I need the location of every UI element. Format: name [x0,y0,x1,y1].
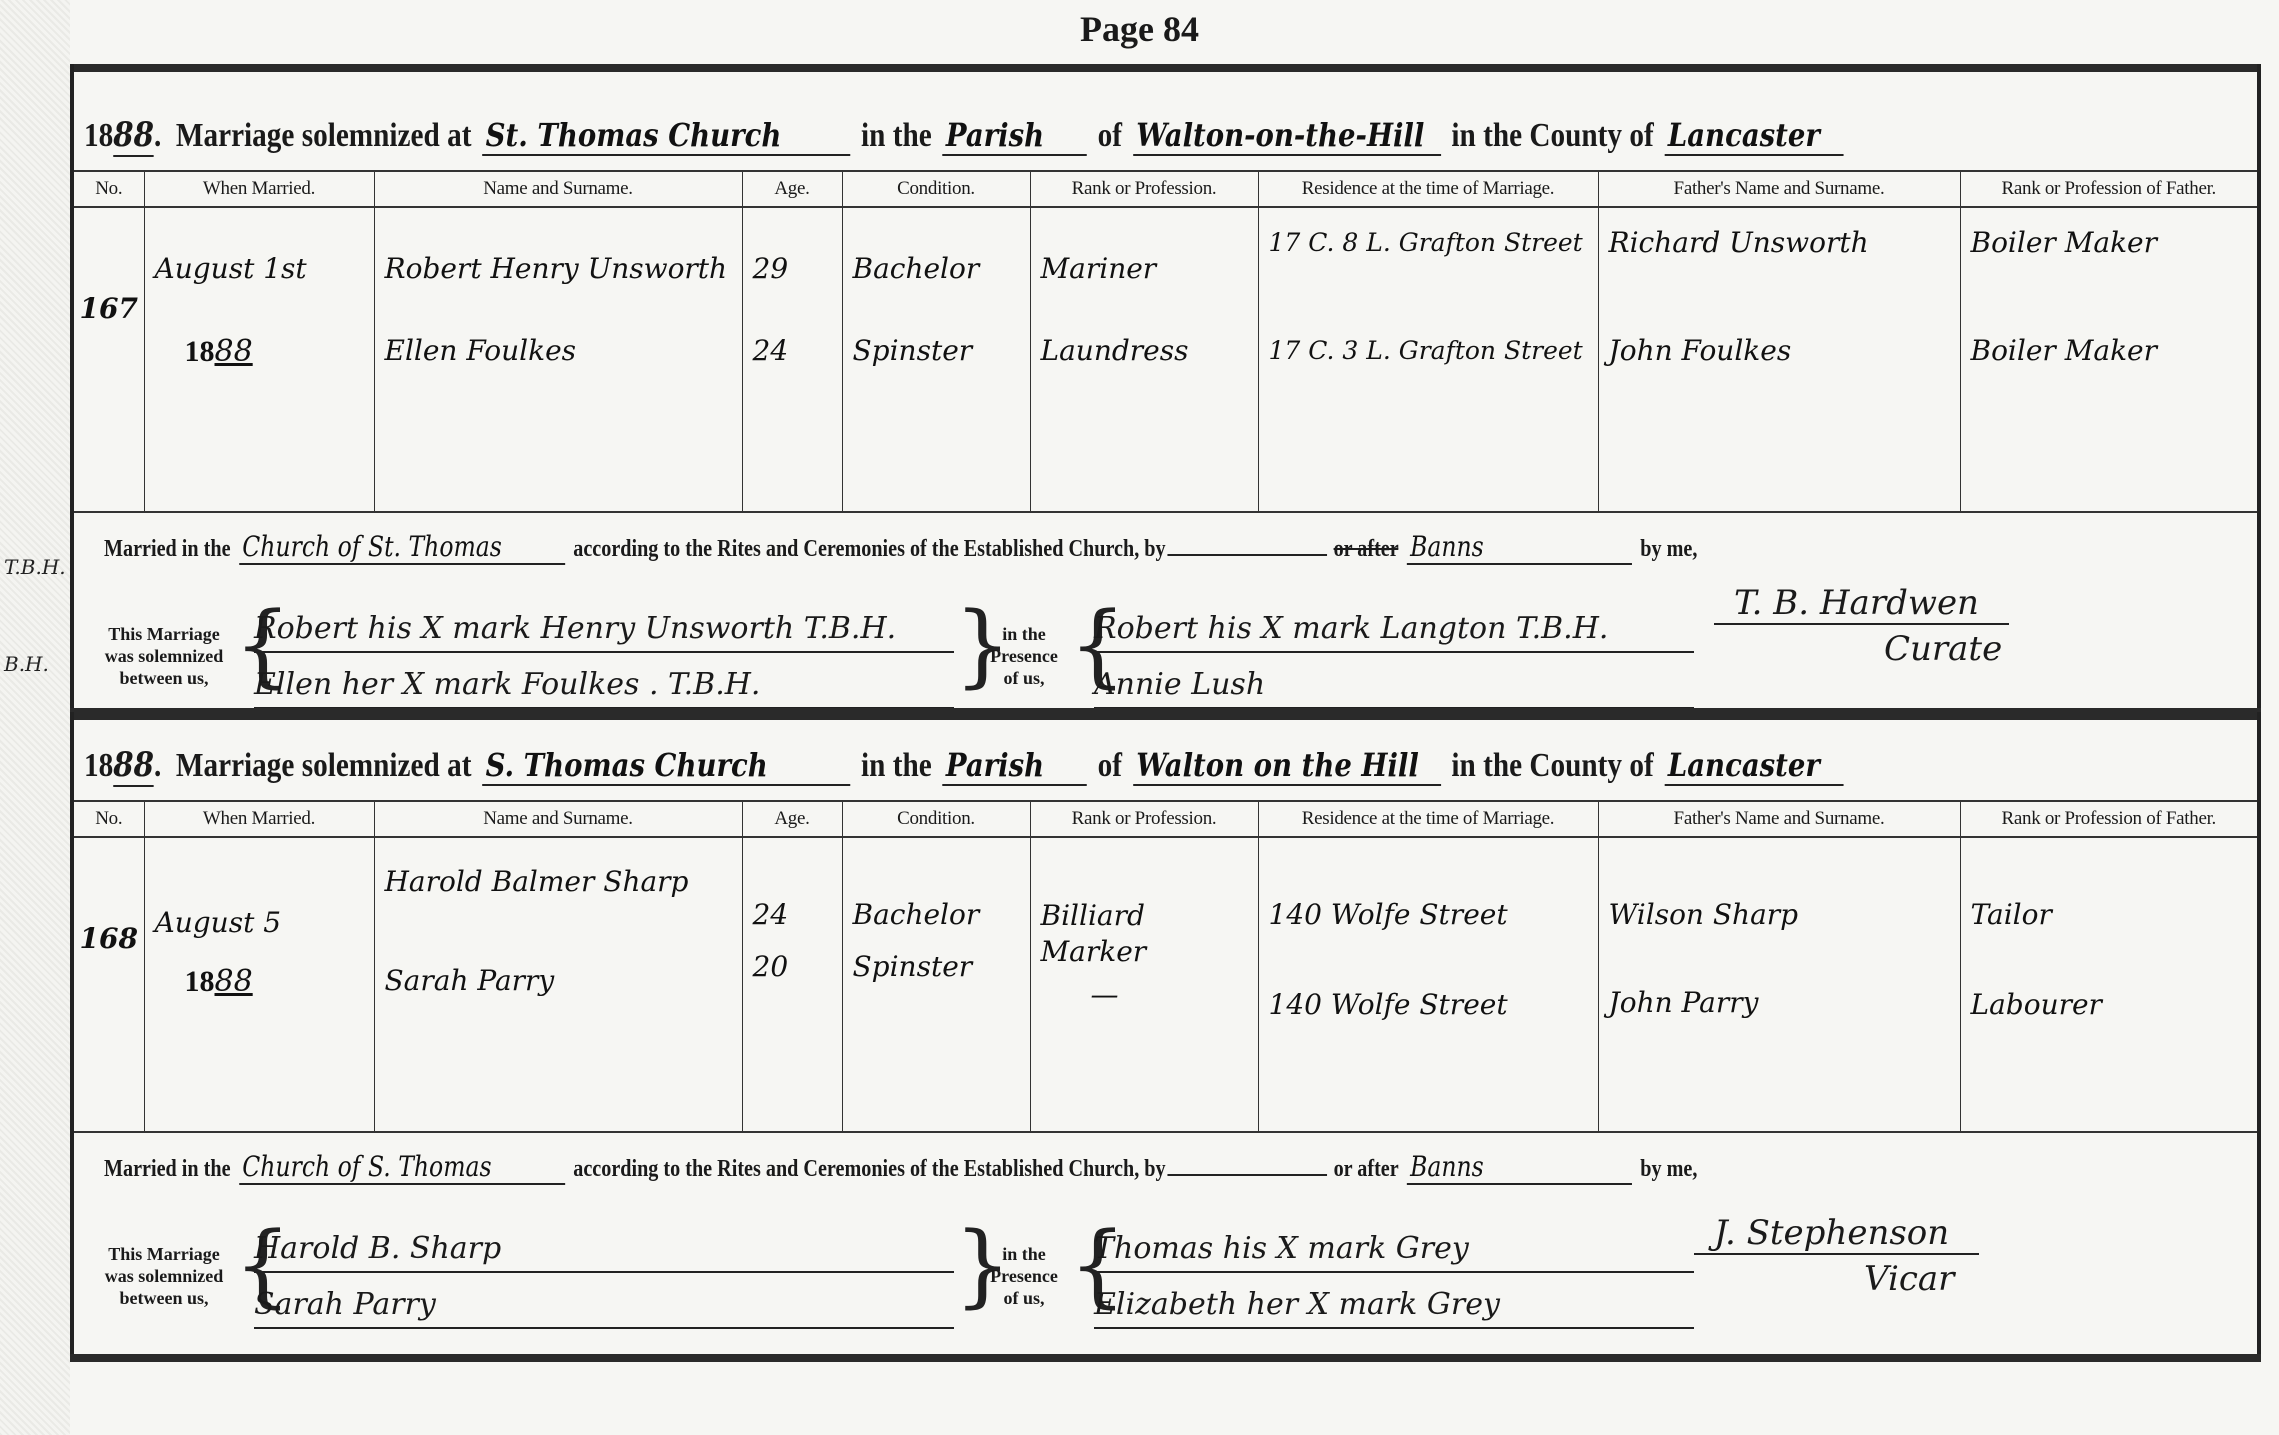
married-in-church: Church of St. Thomas [239,531,565,565]
married-in-church: Church of S. Thomas [239,1151,565,1185]
rites-line: Married in the Church of S. Thomas accor… [74,1131,2257,1203]
bride-age: 20 [753,950,836,983]
groom-profession: Billiard Marker [1041,898,1252,970]
col-residence: Residence at the time of Marriage. [1258,801,1598,837]
marriage-year: 1888 [185,334,368,369]
officiant-name: T. B. Hardwen [1714,583,2009,625]
groom-signature: Robert his X mark Henry Unsworth T.B.H. [254,611,954,653]
bride-name: Ellen Foulkes [385,334,736,367]
groom-condition: Bachelor [853,252,1024,285]
district-name: Walton-on-the-Hill [1133,117,1441,156]
bride-profession: — [1091,978,1252,1011]
table-row: 167 August 1st 1888 Robert Henry Unswort… [74,207,2257,511]
father-profession-cell: Tailor Labourer [1960,837,2257,1131]
officiant-name: J. Stephenson [1694,1213,1979,1255]
col-father-profession: Rank or Profession of Father. [1960,801,2257,837]
county-name: Lancaster [1664,117,1843,156]
col-father-profession: Rank or Profession of Father. [1960,171,2257,207]
bride-age: 24 [753,334,836,367]
label-solemnized-at: Marriage solemnized at [176,747,472,784]
bride-residence: 140 Wolfe Street [1269,988,1592,1021]
this-marriage-label: This Marriagewas solemnizedbetween us, [94,1243,234,1309]
groom-residence: 17 C. 8 L. Grafton Street [1269,228,1592,257]
signature-area: This Marriagewas solemnizedbetween us, {… [74,1203,2257,1353]
officiant-signature: J. Stephenson Vicar [1694,1213,1979,1299]
groom-father-profession: Tailor [1971,898,2252,931]
col-age: Age. [742,801,842,837]
page-title: Page 84 [0,8,2279,50]
district-name: Walton on the Hill [1133,747,1441,786]
year-suffix: 88 [113,745,154,787]
label-county-of: in the County of [1451,747,1653,784]
witness-1-signature: Thomas his X mark Grey [1094,1231,1694,1273]
district-type: Parish [942,747,1086,786]
label-county-of: in the County of [1451,117,1653,154]
bride-father-profession: Labourer [1971,988,2252,1021]
year-prefix: 18 [84,117,113,154]
col-condition: Condition. [842,801,1030,837]
banns-value: Banns [1407,531,1632,565]
groom-signature: Harold B. Sharp [254,1231,954,1273]
rites-line: Married in the Church of St. Thomas acco… [74,511,2257,583]
entry-border [70,1354,2261,1362]
heading-printed: 1888. Marriage solemnized at S. Thomas C… [84,745,1847,786]
bride-father: John Parry [1609,986,1954,1019]
col-no: No. [74,171,144,207]
profession-cell: Billiard Marker — [1030,837,1258,1131]
heading-printed: 1888. Marriage solemnized at St. Thomas … [84,115,1847,156]
licence-blank [1167,536,1327,556]
label-of: of [1098,117,1122,154]
entry-number: 168 [74,837,144,1131]
bride-residence: 17 C. 3 L. Grafton Street [1269,336,1592,365]
scan-margin-texture [0,0,70,1435]
col-name: Name and Surname. [374,801,742,837]
col-condition: Condition. [842,171,1030,207]
father-profession-cell: Boiler Maker Boiler Maker [1960,207,2257,511]
register-entry-168: 1888. Marriage solemnized at S. Thomas C… [70,712,2261,1362]
groom-profession: Mariner [1041,252,1252,285]
label-by-me: by me, [1640,1156,1697,1182]
groom-condition: Bachelor [853,898,1024,931]
label-or-after: or after [1334,1156,1399,1182]
col-name: Name and Surname. [374,171,742,207]
label-solemnized-at: Marriage solemnized at [176,117,472,154]
church-name: St. Thomas Church [482,117,850,156]
witness-2-signature: Annie Lush [1094,667,1694,709]
district-type: Parish [942,117,1086,156]
groom-father-profession: Boiler Maker [1971,226,2252,259]
bride-signature: Ellen her X mark Foulkes . T.B.H. [254,667,954,709]
name-cell: Harold Balmer Sharp Sarah Parry [374,837,742,1131]
label-by-me: by me, [1640,536,1697,562]
label-married-in: Married in the [104,1156,231,1182]
banns-value: Banns [1407,1151,1632,1185]
bride-father: John Foulkes [1609,334,1954,367]
year-prefix: 18 [84,747,113,784]
groom-father: Richard Unsworth [1609,226,1954,259]
profession-cell: Mariner Laundress [1030,207,1258,511]
register-table: No. When Married. Name and Surname. Age.… [74,800,2257,1131]
label-according-to: according to the Rites and Ceremonies of… [573,1156,1165,1182]
marriage-date: August 5 [155,906,368,939]
col-when-married: When Married. [144,801,374,837]
witness-2-signature: Elizabeth her X mark Grey [1094,1287,1694,1329]
label-according-to: according to the Rites and Ceremonies of… [573,536,1165,562]
col-father-name: Father's Name and Surname. [1598,801,1960,837]
bride-condition: Spinster [853,950,1024,983]
county-name: Lancaster [1664,747,1843,786]
father-name-cell: Wilson Sharp John Parry [1598,837,1960,1131]
groom-name: Robert Henry Unsworth [385,252,736,285]
col-no: No. [74,801,144,837]
presence-label: in thePresenceof us, [979,1243,1069,1309]
entry-heading: 1888. Marriage solemnized at S. Thomas C… [74,720,2257,786]
label-in-the: in the [861,747,932,784]
bride-father-profession: Boiler Maker [1971,334,2252,367]
presence-label: in thePresenceof us, [979,623,1069,689]
age-cell: 24 20 [742,837,842,1131]
year-suffix: 88 [113,115,154,157]
label-or-after: or after [1334,536,1399,562]
father-name-cell: Richard Unsworth John Foulkes [1598,207,1960,511]
groom-father: Wilson Sharp [1609,898,1954,931]
entry-number: 167 [74,207,144,511]
column-headers: No. When Married. Name and Surname. Age.… [74,171,2257,207]
age-cell: 29 24 [742,207,842,511]
groom-residence: 140 Wolfe Street [1269,898,1592,931]
when-married-cell: August 1st 1888 [144,207,374,511]
name-cell: Robert Henry Unsworth Ellen Foulkes [374,207,742,511]
licence-blank [1167,1156,1327,1176]
this-marriage-label: This Marriagewas solemnizedbetween us, [94,623,234,689]
entry-border [74,64,2257,72]
condition-cell: Bachelor Spinster [842,207,1030,511]
margin-note: B.H. [4,652,49,676]
bride-condition: Spinster [853,334,1024,367]
col-when-married: When Married. [144,171,374,207]
table-row: 168 August 5 1888 Harold Balmer Sharp Sa… [74,837,2257,1131]
entry-heading: 1888. Marriage solemnized at St. Thomas … [74,72,2257,156]
bride-signature: Sarah Parry [254,1287,954,1329]
label-of: of [1098,747,1122,784]
label-married-in: Married in the [104,536,231,562]
label-in-the: in the [861,117,932,154]
church-name: S. Thomas Church [482,747,850,786]
when-married-cell: August 5 1888 [144,837,374,1131]
residence-cell: 140 Wolfe Street 140 Wolfe Street [1258,837,1598,1131]
officiant-title: Vicar [1864,1259,1979,1299]
col-age: Age. [742,171,842,207]
entry-border [74,712,2257,720]
margin-note: T.B.H. [4,555,66,579]
register-table: No. When Married. Name and Surname. Age.… [74,170,2257,511]
marriage-date: August 1st [155,252,368,285]
bride-name: Sarah Parry [385,964,736,997]
register-entry-167: 1888. Marriage solemnized at St. Thomas … [70,64,2261,716]
condition-cell: Bachelor Spinster [842,837,1030,1131]
groom-age: 24 [753,898,836,931]
officiant-title: Curate [1884,629,2009,669]
officiant-signature: T. B. Hardwen Curate [1714,583,2009,669]
column-headers: No. When Married. Name and Surname. Age.… [74,801,2257,837]
col-father-name: Father's Name and Surname. [1598,171,1960,207]
residence-cell: 17 C. 8 L. Grafton Street 17 C. 3 L. Gra… [1258,207,1598,511]
col-profession: Rank or Profession. [1030,801,1258,837]
bride-profession: Laundress [1041,334,1252,367]
witness-1-signature: Robert his X mark Langton T.B.H. [1094,611,1694,653]
groom-age: 29 [753,252,836,285]
groom-name: Harold Balmer Sharp [385,864,736,900]
col-residence: Residence at the time of Marriage. [1258,171,1598,207]
col-profession: Rank or Profession. [1030,171,1258,207]
marriage-year: 1888 [185,964,368,999]
